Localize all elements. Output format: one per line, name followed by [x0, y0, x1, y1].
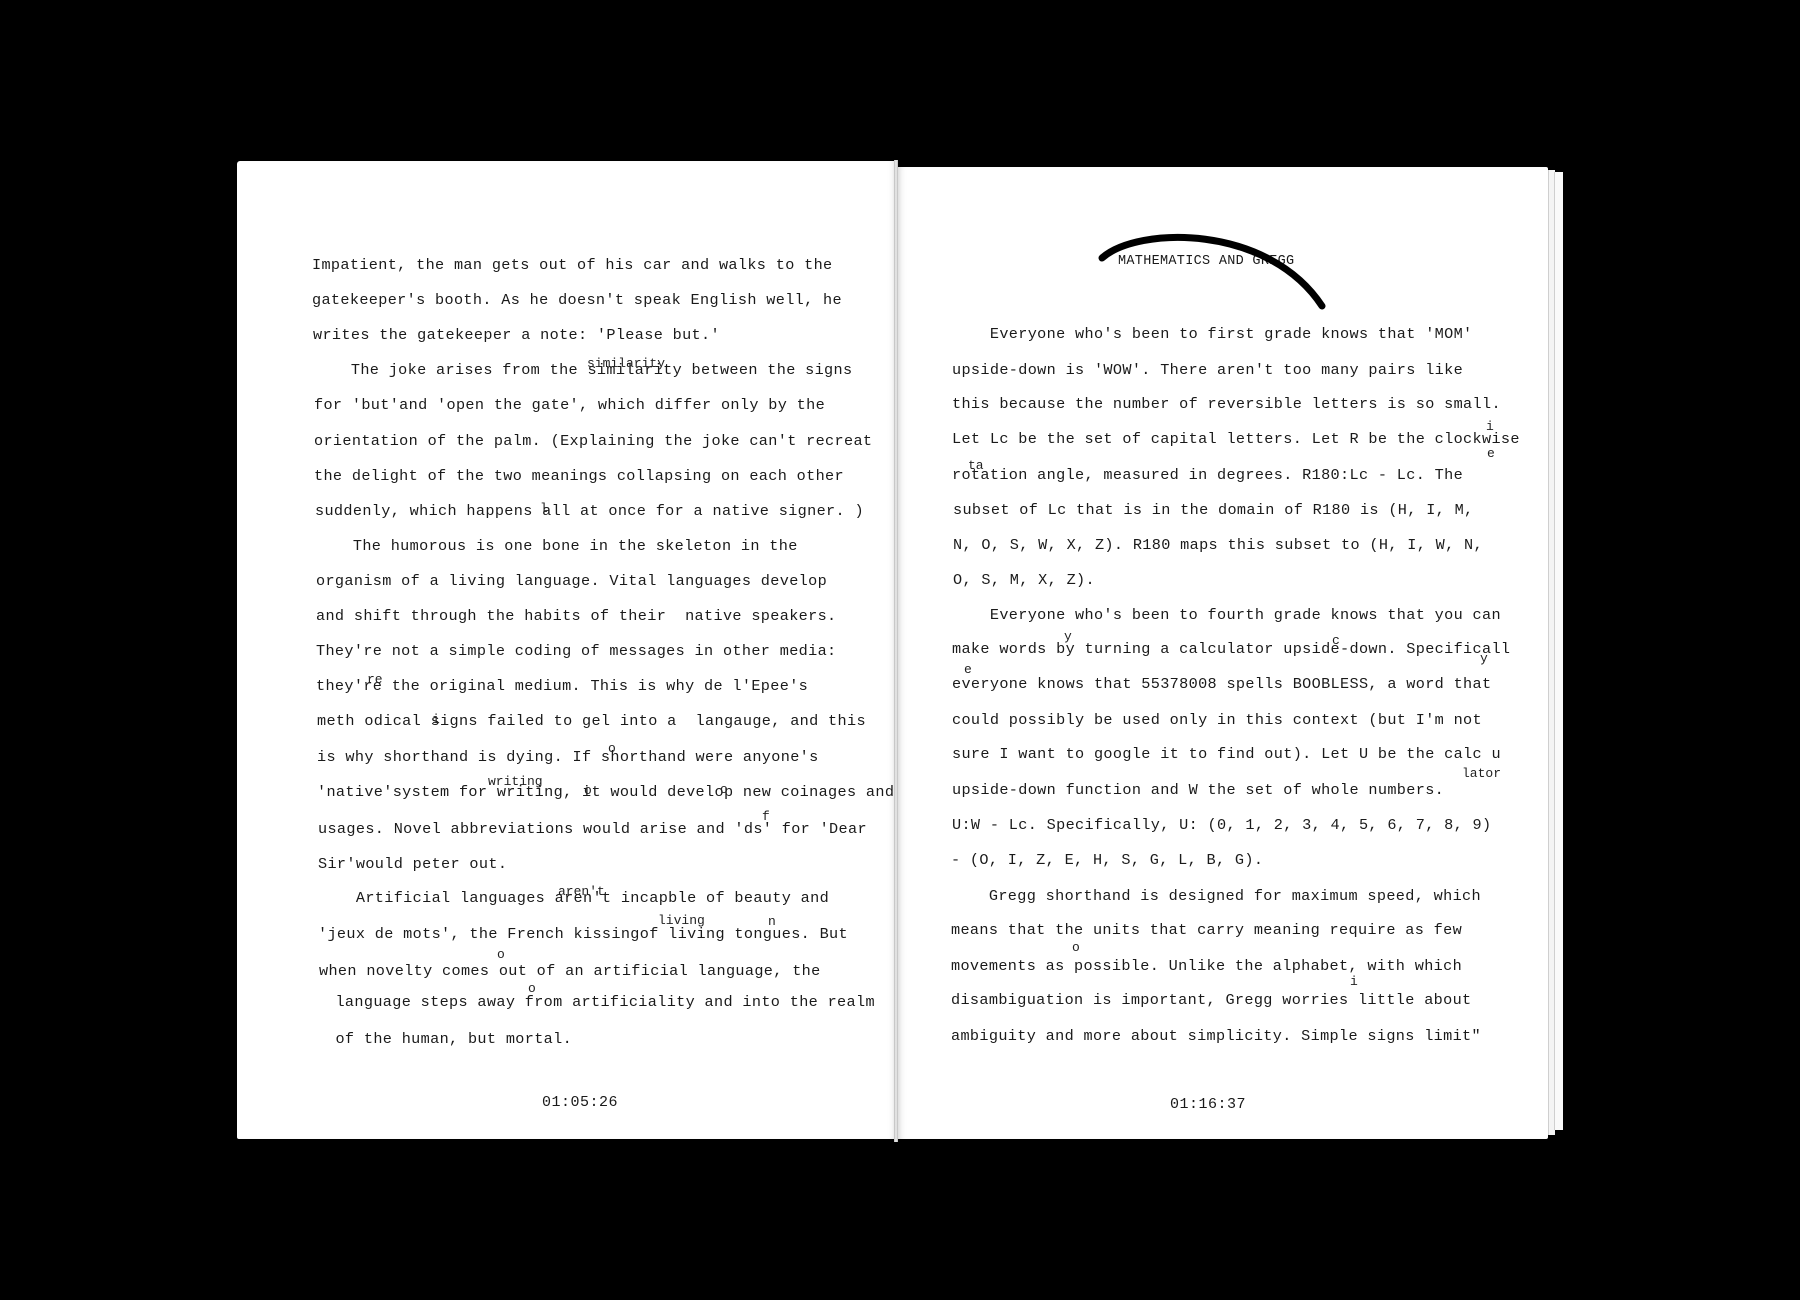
right-page-line: U:W - Lc. Specifically, U: (0, 1, 2, 3, … [952, 816, 1491, 834]
right-page-line: Let Lc be the set of capital letters. Le… [952, 430, 1520, 448]
right-page-insertion: ta [968, 459, 984, 473]
left-page-line: The humorous is one bone in the skeleton… [315, 537, 798, 555]
right-page-insertion: i [1350, 975, 1358, 989]
left-page-insertion: o [497, 948, 505, 962]
left-page-line: The joke arises from the similarity betw… [313, 361, 852, 379]
left-page-insertion: l [540, 502, 548, 516]
left-page-line: orientation of the palm. (Explaining the… [314, 432, 872, 450]
right-page-line: subset of Lc that is in the domain of R1… [953, 501, 1474, 519]
right-page-insertion: y [1064, 630, 1072, 644]
left-page-insertion: o [608, 742, 616, 756]
right-page-line: means that the units that carry meaning … [951, 921, 1462, 939]
page-edge [1554, 172, 1563, 1130]
left-page-insertion: similarity [587, 357, 665, 371]
right-page-line: upside-down is 'WOW'. There aren't too m… [952, 361, 1463, 379]
left-page-line: 'native'system for writing, it would dev… [317, 783, 894, 801]
right-page-line: Gregg shorthand is designed for maximum … [951, 887, 1481, 905]
right-page-line: ambiguity and more about simplicity. Sim… [951, 1027, 1481, 1045]
right-page-line: O, S, M, X, Z). [953, 571, 1095, 589]
left-page-line: meth odical signs failed to gel into a l… [317, 712, 866, 730]
left-page-line: gatekeeper's booth. As he doesn't speak … [312, 291, 842, 309]
right-page-insertion: e [964, 663, 972, 677]
left-page-line: is why shorthand is dying. If shorthand … [317, 748, 819, 766]
right-page-line: - (O, I, Z, E, H, S, G, L, B, G). [951, 851, 1263, 869]
left-page-line: when novelty comes out of an artificial … [319, 962, 821, 980]
left-page-insertion: i [432, 713, 440, 727]
left-page-line: language steps away from artificiality a… [326, 993, 875, 1011]
left-page-line: suddenly, which happens all at once for … [315, 502, 864, 520]
left-page-number: 01:05:26 [542, 1094, 618, 1111]
right-page-insertion: e [1487, 447, 1495, 461]
left-page-insertion: f [762, 810, 770, 824]
right-page-line: Everyone who's been to first grade knows… [952, 325, 1473, 343]
right-page-insertion: lator [1462, 767, 1501, 781]
right-page-insertion: y [1480, 652, 1488, 666]
left-page-insertion: re [367, 673, 383, 687]
right-page-line: could possibly be used only in this cont… [952, 711, 1482, 729]
left-page-line: Sir'would peter out. [318, 855, 507, 873]
chapter-title: MATHEMATICS AND GREGG [1118, 254, 1294, 269]
right-page-number: 01:16:37 [1170, 1096, 1246, 1113]
left-page-insertion: o [584, 784, 592, 798]
left-page-insertion: o [720, 783, 728, 797]
left-page-insertion: o [528, 982, 536, 996]
right-page-line: everyone knows that 55378008 spells BOOB… [952, 675, 1491, 693]
left-page-line: Impatient, the man gets out of his car a… [312, 256, 833, 274]
left-page-line: of the human, but mortal. [326, 1030, 572, 1048]
left-page-insertion: living [658, 914, 705, 928]
left-page-line: the delight of the two meanings collapsi… [314, 467, 844, 485]
right-page-line: rotation angle, measured in degrees. R18… [952, 466, 1463, 484]
right-page-line: N, O, S, W, X, Z). R180 maps this subset… [953, 536, 1483, 554]
left-page-line: writes the gatekeeper a note: 'Please bu… [313, 326, 720, 344]
right-page-line: Everyone who's been to fourth grade know… [952, 606, 1501, 624]
left-page-insertion: aren't [558, 885, 605, 899]
left-page-line: for 'but'and 'open the gate', which diff… [314, 396, 825, 414]
left-page-line: usages. Novel abbreviations would arise … [318, 820, 867, 838]
right-page-insertion: i [1486, 420, 1494, 434]
right-page-line: upside-down function and W the set of wh… [952, 781, 1444, 799]
right-page-line: movements as possible. Unlike the alphab… [951, 957, 1462, 975]
left-page-line: they're the original medium. This is why… [316, 677, 808, 695]
right-page-line: make words by turning a calculator upsid… [952, 640, 1510, 658]
right-page-insertion: o [1072, 941, 1080, 955]
left-page-insertion: n [768, 915, 776, 929]
left-page-line: organism of a living language. Vital lan… [316, 572, 827, 590]
left-page-line: They're not a simple coding of messages … [316, 642, 837, 660]
right-page-line: disambiguation is important, Gregg worri… [951, 991, 1472, 1009]
left-page-insertion: writing [488, 775, 543, 789]
right-page-line: this because the number of reversible le… [952, 395, 1501, 413]
right-page-insertion: c [1332, 634, 1340, 648]
right-page-line: sure I want to google it to find out). L… [952, 745, 1501, 763]
left-page-line: and shift through the habits of their na… [316, 607, 837, 625]
